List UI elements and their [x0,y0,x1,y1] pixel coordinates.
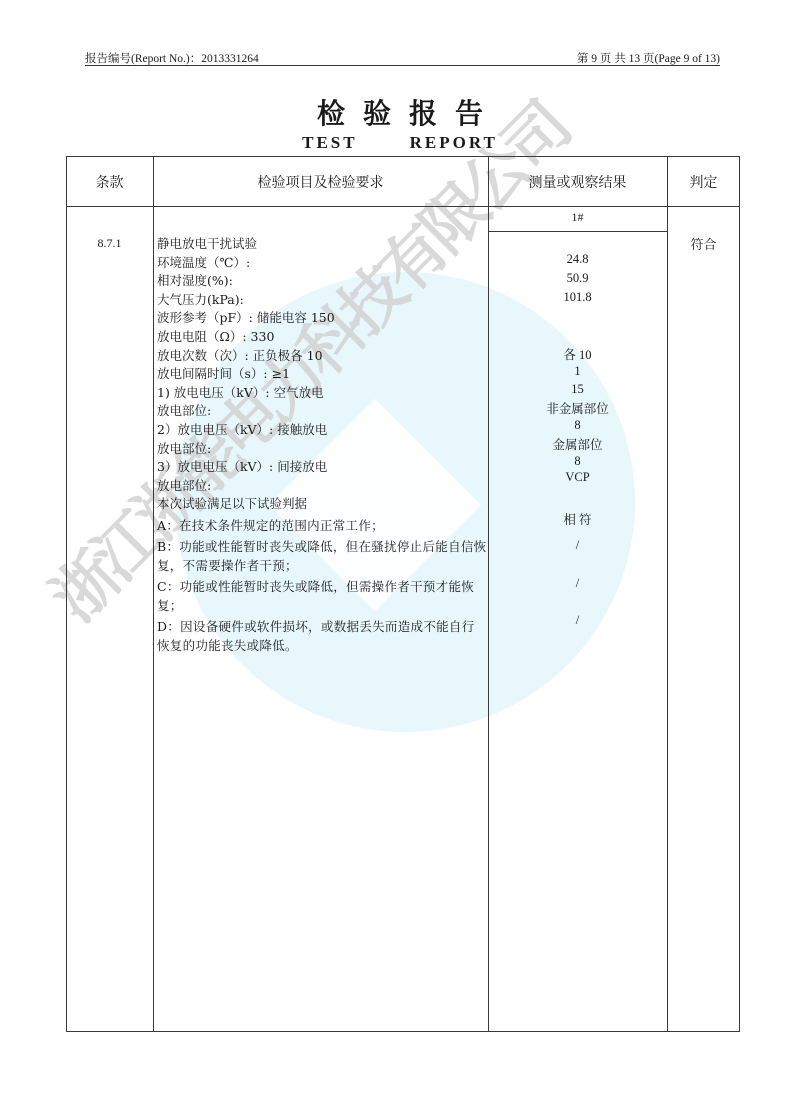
result-temperature: 24.8 [488,252,667,267]
report-number-value: 2013331264 [201,53,259,65]
result-humidity: 50.9 [488,271,667,286]
page-info: 第 9 页 共 13 页(Page 9 of 13) [577,50,720,66]
clause-number: 8.7.1 [66,236,153,251]
column-divider [667,156,668,1032]
criterion-c: C：功能或性能暂时丧失或降低，但需操作者干预才能恢复； [157,577,487,615]
requirement-line: 2）放电电压（kV）: 接触放电 [157,421,487,440]
requirement-line: 环境温度（℃）: [157,254,487,273]
requirement-line: 大气压力(kPa): [157,291,487,310]
column-divider [488,156,489,1032]
result-air-voltage: 15 [488,382,667,397]
header-requirement: 检验项目及检验要求 [153,172,488,192]
result-criterion-b: / [488,538,667,553]
verdict: 符合 [667,234,740,253]
result-air-location: 非金属部位 [488,399,667,417]
result-criterion-a: 相 符 [488,510,667,528]
column-divider [153,156,154,1032]
requirement-line: 3）放电电压（kV）: 间接放电 [157,458,487,477]
requirement-line: 本次试验满足以下试验判据 [157,495,487,514]
header-clause: 条款 [66,172,153,192]
criterion-b: B：功能或性能暂时丧失或降低，但在骚扰停止后能自信恢复，不需要操作者干预； [157,537,487,575]
requirement-line: 放电部位: [157,477,487,496]
header-result: 测量或观察结果 [488,172,667,192]
result-pressure: 101.8 [488,290,667,305]
result-indirect-location: VCP [488,470,667,485]
sample-row-divider [488,231,667,232]
requirements-list: 静电放电干扰试验 环境温度（℃）: 相对湿度(%): 大气压力(kPa): 波形… [157,235,487,655]
criterion-a: A：在技术条件规定的范围内正常工作； [157,516,487,535]
page-title-en: TESTREPORT [0,133,800,153]
requirement-line: 波形参考（pF）: 储能电容 150 [157,309,487,328]
result-contact-voltage: 8 [488,418,667,433]
result-contact-location: 金属部位 [488,435,667,453]
requirement-line: 放电部位: [157,440,487,459]
result-indirect-voltage: 8 [488,454,667,469]
report-number: 报告编号(Report No.)：2013331264 [85,50,259,66]
result-discharge-count: 各 10 [488,345,667,363]
result-interval: 1 [488,364,667,379]
requirement-line: 静电放电干扰试验 [157,235,487,254]
result-criterion-c: / [488,576,667,591]
page-title-cn: 检验报告 [0,92,800,132]
report-number-label: 报告编号(Report No.)： [85,53,201,65]
table-header-divider [66,206,740,207]
requirement-line: 1) 放电电压（kV）: 空气放电 [157,384,487,403]
criterion-d: D：因设备硬件或软件损坏，或数据丢失而造成不能自行恢复的功能丧失或降低。 [157,617,487,655]
requirement-line: 放电间隔时间（s）: ≥1 [157,365,487,384]
header-rule [85,65,720,66]
requirement-line: 放电电阻（Ω）: 330 [157,328,487,347]
header-verdict: 判定 [667,172,740,192]
result-criterion-d: / [488,613,667,628]
requirement-line: 放电部位: [157,402,487,421]
requirement-line: 相对湿度(%): [157,272,487,291]
requirement-line: 放电次数（次）: 正负极各 10 [157,347,487,366]
sample-id: 1# [488,210,667,225]
